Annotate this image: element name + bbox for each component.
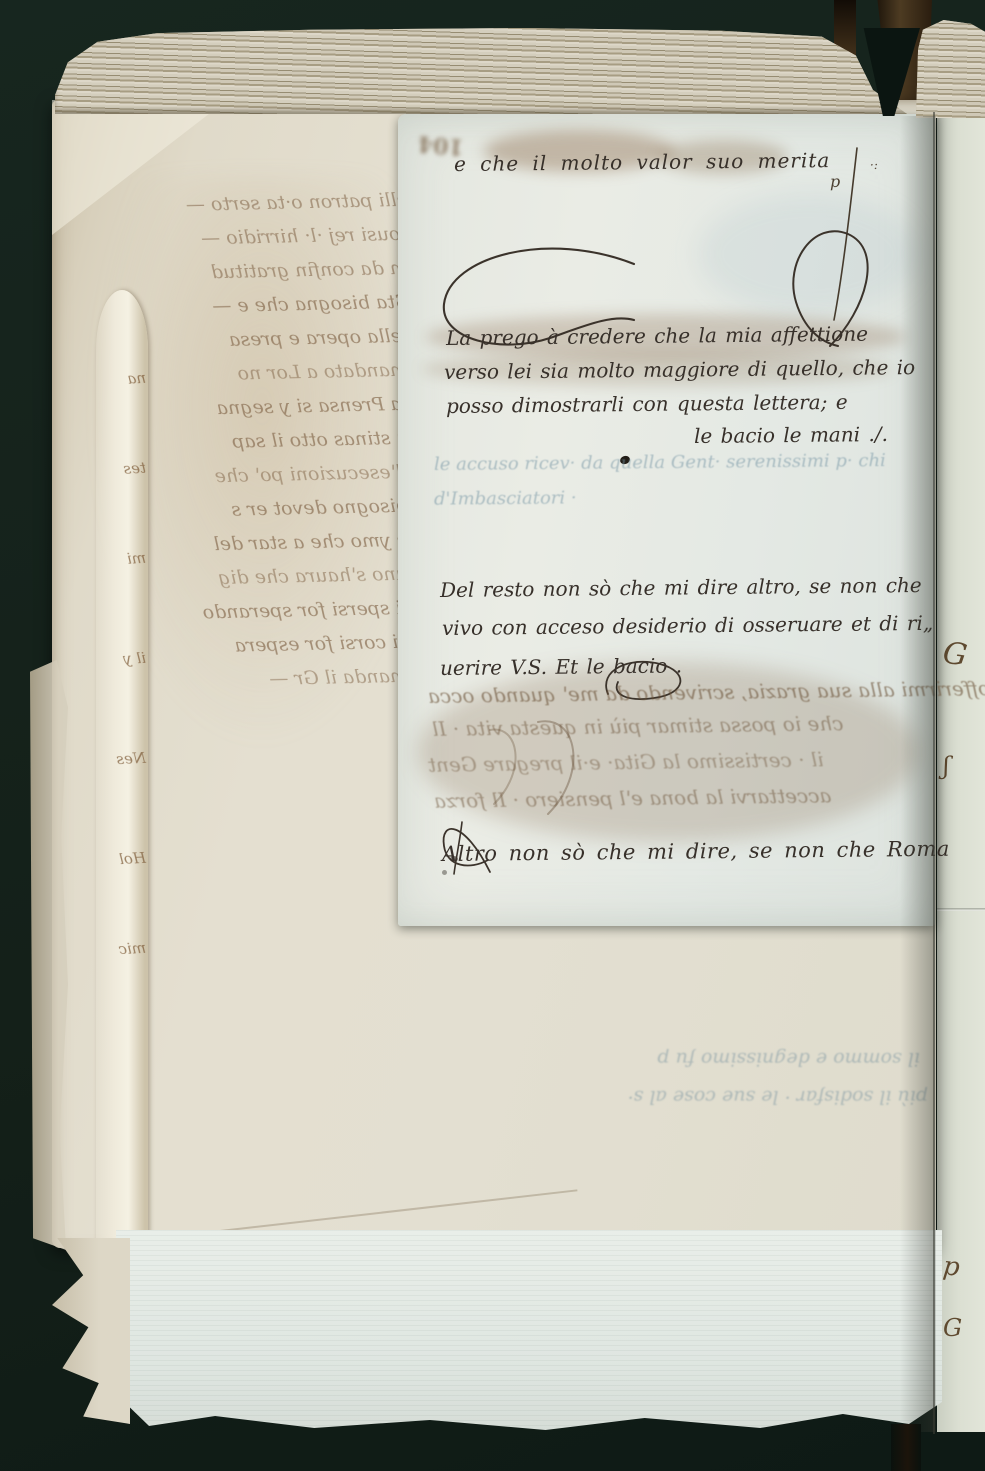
letter-line: La prego à credere che la mia affettione	[446, 322, 868, 350]
bleedthrough-blue-line: le accuso ricev· da quella Gent· serenis…	[434, 450, 886, 475]
bleedthrough-blue-line: il sommo e degnissimo fu p	[560, 1048, 920, 1070]
ink-fragment: ʃ	[943, 752, 950, 780]
curled-page-edge: na tes mi il y Nes Hol mic	[96, 290, 148, 1300]
bleedthrough-blue-line: più il sodisfar · le sue cose al s·	[588, 1086, 928, 1108]
bottom-white-page	[116, 1230, 942, 1430]
letter-line: Del resto non sò che mi dire altro, se n…	[440, 573, 922, 602]
manuscript-photo: G ʃ p G elli patron o·ta serto — Jousi r…	[0, 0, 985, 1471]
edge-fragment: Nes	[100, 749, 147, 769]
edge-fragment: Hol	[100, 849, 147, 869]
page-seam	[937, 908, 985, 911]
page-stack-edge-right	[916, 20, 985, 118]
edge-fragment: mic	[100, 939, 147, 959]
bleedthrough-blue-line: d'Imbasciatori ·	[434, 487, 577, 509]
letter-line: uerire V.S. Et le bacio .	[440, 653, 682, 680]
letter-page: 104 e che il molto valor suo merita p ·:…	[398, 114, 935, 926]
letter-line: le bacio le mani ./.	[694, 422, 888, 448]
page-stack-edge-left	[55, 28, 907, 114]
right-facing-page: G ʃ p G	[937, 52, 985, 1432]
ink-fragment: G	[943, 1314, 962, 1342]
ink-fragment: p	[941, 1251, 961, 1283]
gutter-shadow	[900, 116, 936, 1432]
letter-line: posso dimostrarli con questa lettera; e	[446, 390, 848, 418]
torn-edge	[26, 1238, 130, 1424]
binding-bar-bottom	[891, 1424, 921, 1471]
edge-fragment: mi	[100, 549, 147, 569]
gutter-crease	[933, 112, 935, 1434]
edge-fragment: na	[100, 369, 147, 389]
letter-line: verso lei sia molto maggiore di quello, …	[444, 355, 915, 384]
edge-fragment: il y	[100, 649, 147, 669]
letter-line: vivo con acceso desiderio di osseruare e…	[442, 611, 933, 640]
edge-fragment: tes	[100, 459, 147, 479]
ink-fragment: G	[941, 636, 970, 674]
bleedthrough-text-block: elli patron o·ta serto — Jousi rej ·l· h…	[116, 186, 408, 726]
bleedthrough-line: manda il Gr —	[126, 659, 408, 699]
